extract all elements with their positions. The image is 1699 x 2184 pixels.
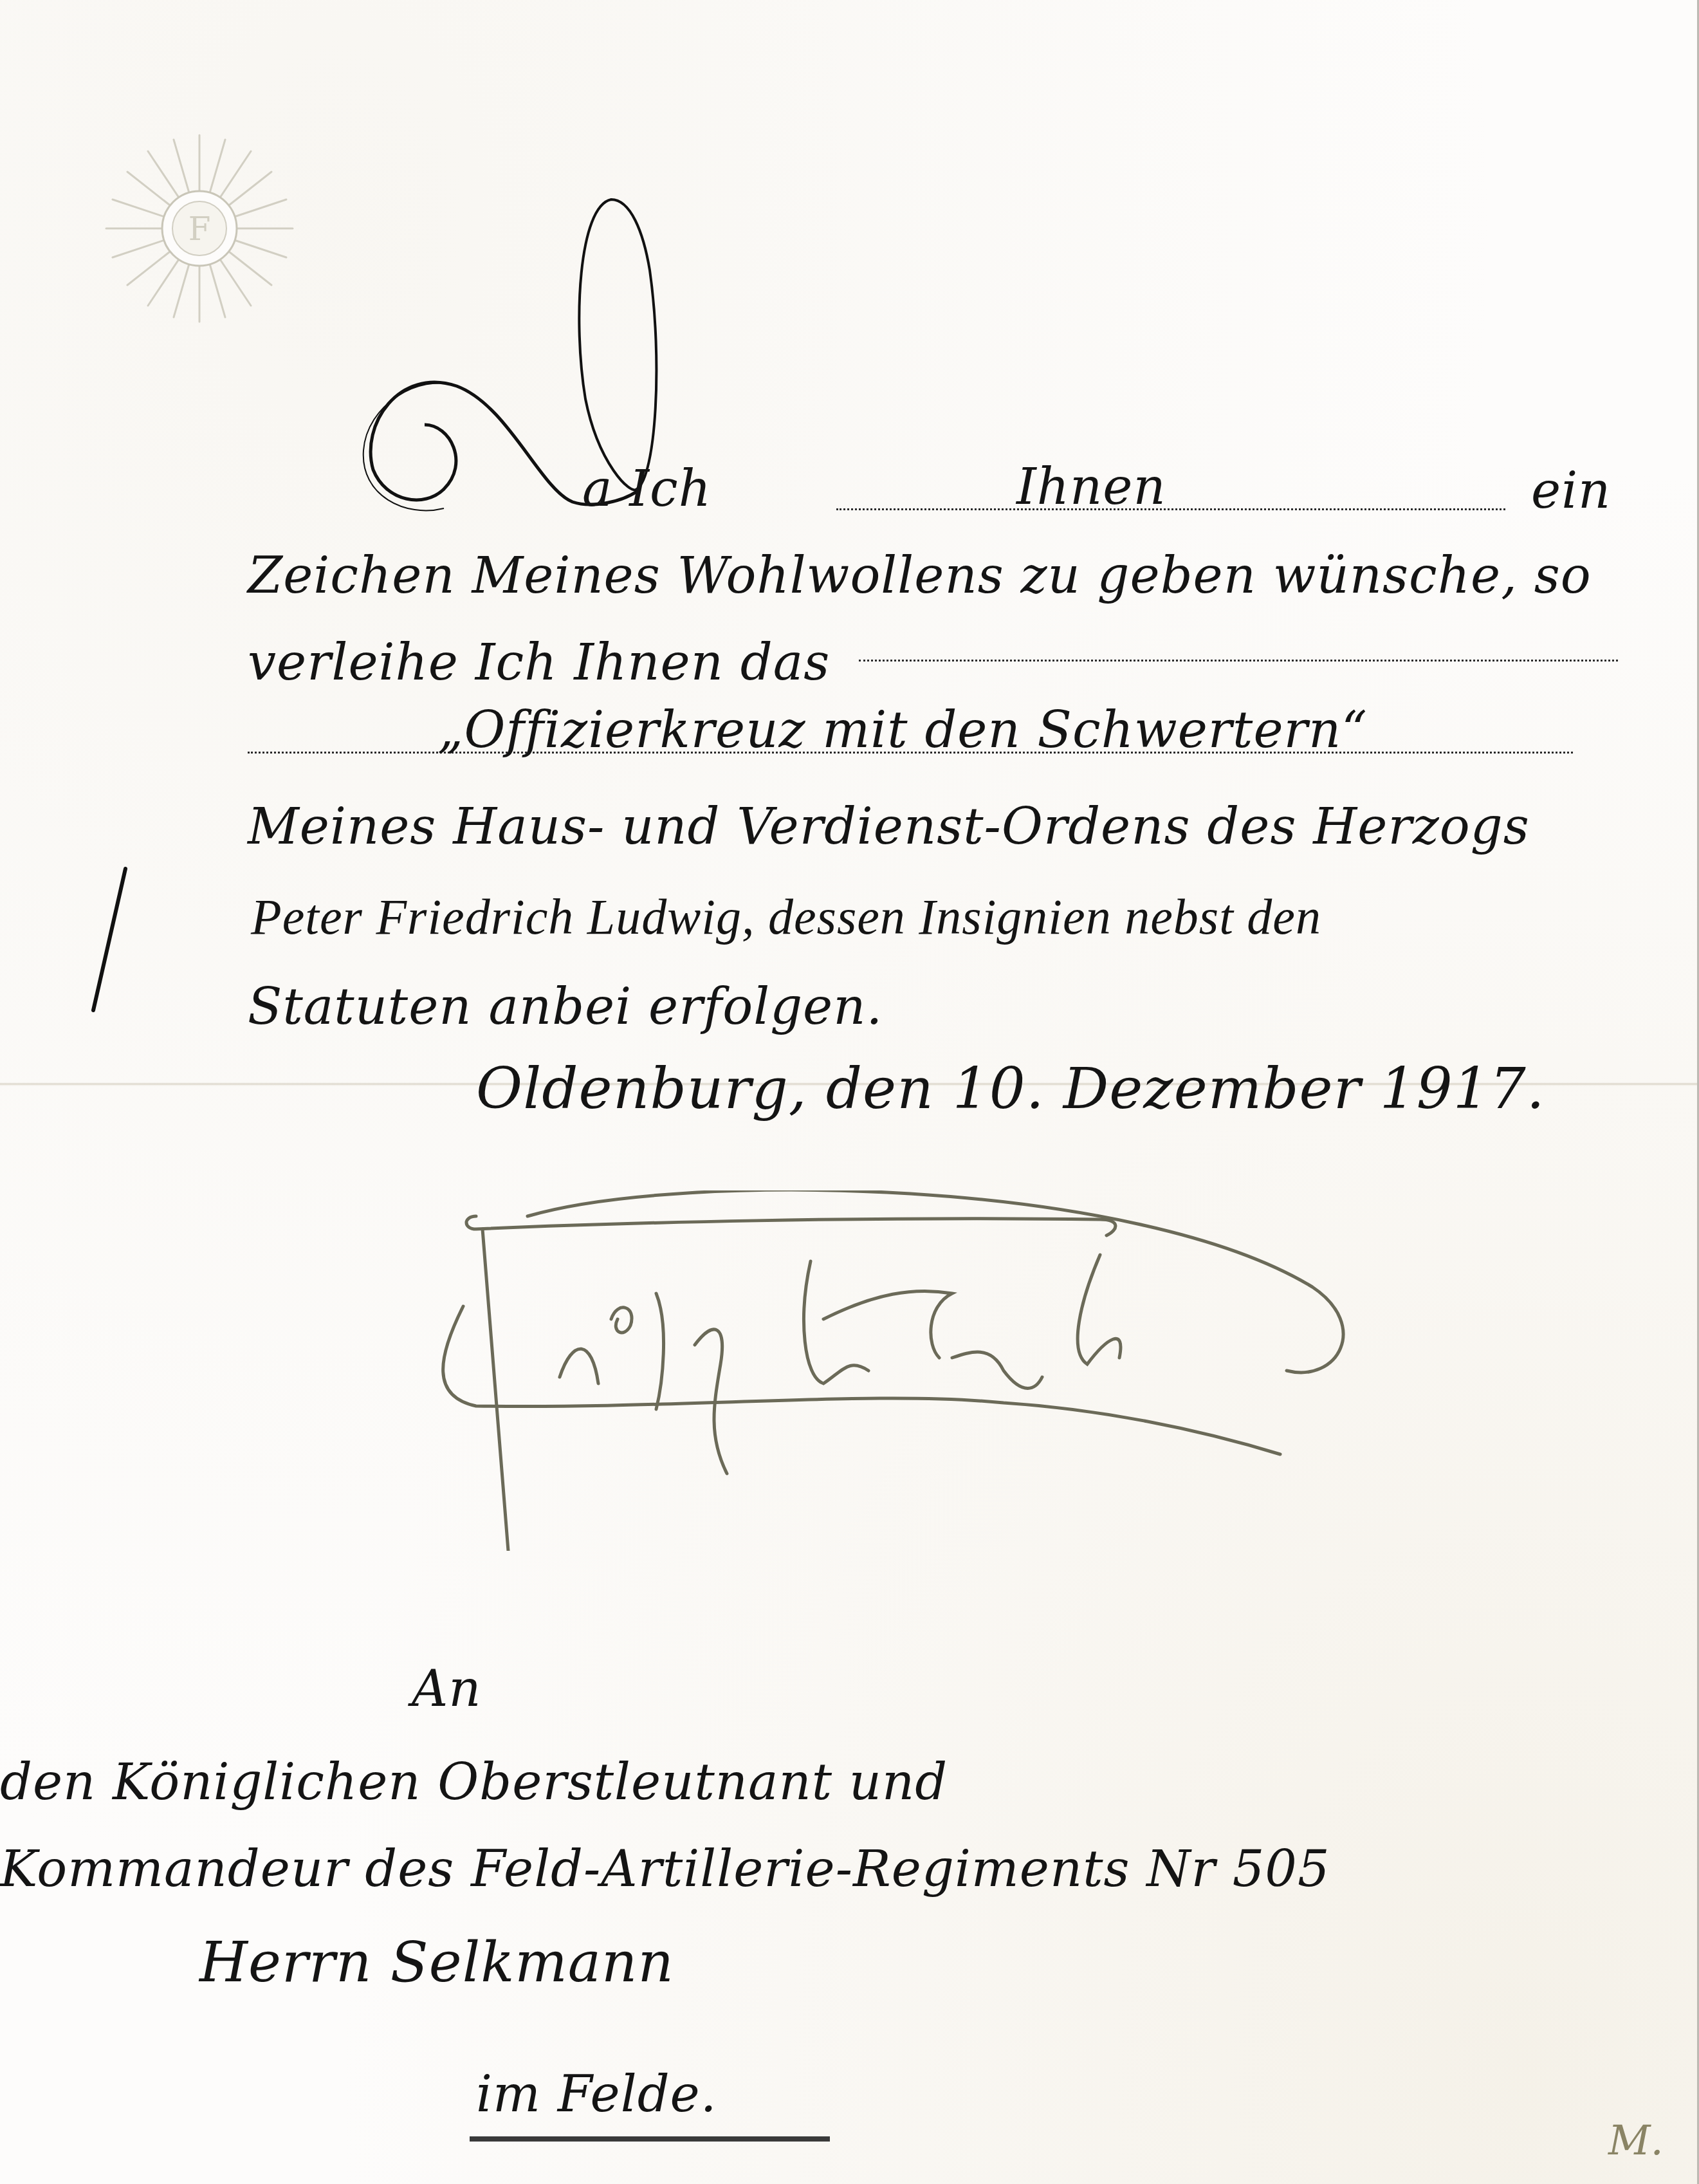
embossed-star-seal-icon: F	[103, 132, 296, 325]
body-line2: Zeichen Meines Wohlwollens zu geben wüns…	[248, 547, 1592, 605]
address-line4: im Felde.	[476, 2066, 717, 2124]
margin-slash-mark	[90, 865, 129, 1013]
signature-flourish: Friedrich August	[425, 1190, 1364, 1551]
fill-in-line-3	[859, 660, 1618, 662]
fill-in-line-1	[836, 508, 1505, 510]
body-line1-fill: Ihnen	[1016, 458, 1166, 516]
signature-text: Friedrich August	[885, 1363, 891, 1365]
body-line3: verleihe Ich Ihnen das	[248, 634, 830, 692]
place-date: Oldenburg, den 10. Dezember 1917.	[476, 1055, 1545, 1122]
award-name: „Offizierkreuz mit den Schwertern“	[437, 701, 1368, 759]
body-line6: Peter Friedrich Ludwig, dessen Insignien…	[251, 888, 1321, 946]
body-line5: Meines Haus- und Verdienst-Ordens des He…	[248, 798, 1530, 856]
address-to: An	[412, 1660, 482, 1718]
address-line2: Kommandeur des Feld-Artillerie-Regiments…	[0, 1840, 1330, 1898]
body-line1-start: a Ich	[582, 460, 712, 518]
body-line1-end: ein	[1531, 462, 1611, 520]
svg-text:F: F	[188, 210, 211, 248]
address-underline	[470, 2136, 830, 2142]
corner-initial-note: M.	[1608, 2117, 1664, 2165]
body-line7: Statuten anbei erfolgen.	[248, 978, 883, 1036]
drop-cap-flourish	[347, 193, 811, 528]
recipient-name: Herrn Selkmann	[199, 1930, 674, 1995]
address-line1: den Königlichen Oberstleutnant und	[0, 1754, 948, 1811]
